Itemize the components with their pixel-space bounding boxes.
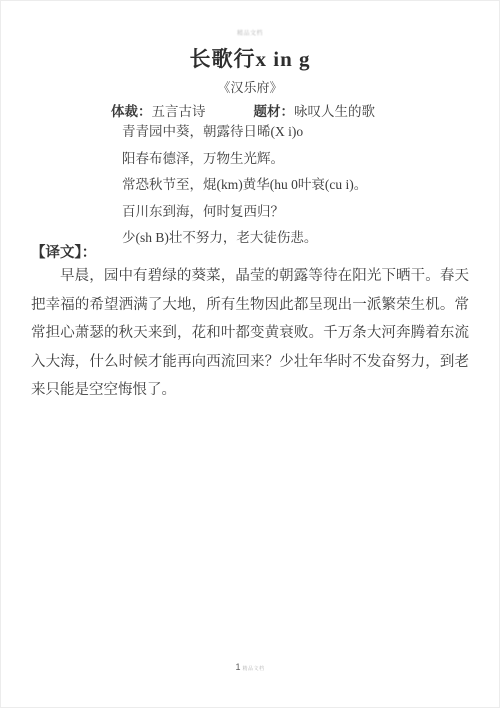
poem-meta-line: 体裁：五言古诗 题材：咏叹人生的歌 (111, 100, 375, 120)
source-subtitle: 《汉乐府》 (1, 77, 499, 96)
page-footer: 1精品文档 (1, 657, 499, 675)
poem-line: 少(sh B)壮不努力，老大徒伤悲。 (122, 225, 367, 252)
page-header-watermark: 精品文档 (1, 28, 499, 37)
poem-body: 青青园中葵，朝露待日晞(X i)o 阳春布德泽，万物生光辉。 常恐秋节至，焜(k… (122, 119, 367, 252)
page-title: 长歌行x in g (1, 43, 499, 73)
page-number: 1 (235, 662, 240, 672)
translation-heading: 【译文】： (31, 241, 96, 262)
poem-line: 阳春布德泽，万物生光辉。 (122, 146, 367, 173)
genre-value: 五言古诗 (152, 104, 206, 119)
poem-line: 百川东到海，何时复西归？ (122, 199, 367, 226)
translation-paragraph: 早晨，园中有碧绿的葵菜，晶莹的朝露等待在阳光下晒干。春天把幸福的希望洒满了大地，… (31, 262, 469, 405)
poem-line: 常恐秋节至，焜(km)黄华(hu 0叶衰(cu i)。 (122, 172, 367, 199)
genre-pair: 体裁：五言古诗 (111, 100, 206, 120)
poem-line: 青青园中葵，朝露待日晞(X i)o (122, 119, 367, 146)
theme-pair: 题材：咏叹人生的歌 (254, 100, 376, 120)
document-page: 精品文档 长歌行x in g 《汉乐府》 体裁：五言古诗 题材：咏叹人生的歌 青… (0, 0, 500, 708)
theme-value: 咏叹人生的歌 (294, 104, 375, 119)
theme-label: 题材： (254, 104, 295, 119)
footer-watermark: 精品文档 (243, 667, 265, 672)
genre-label: 体裁： (111, 104, 152, 119)
